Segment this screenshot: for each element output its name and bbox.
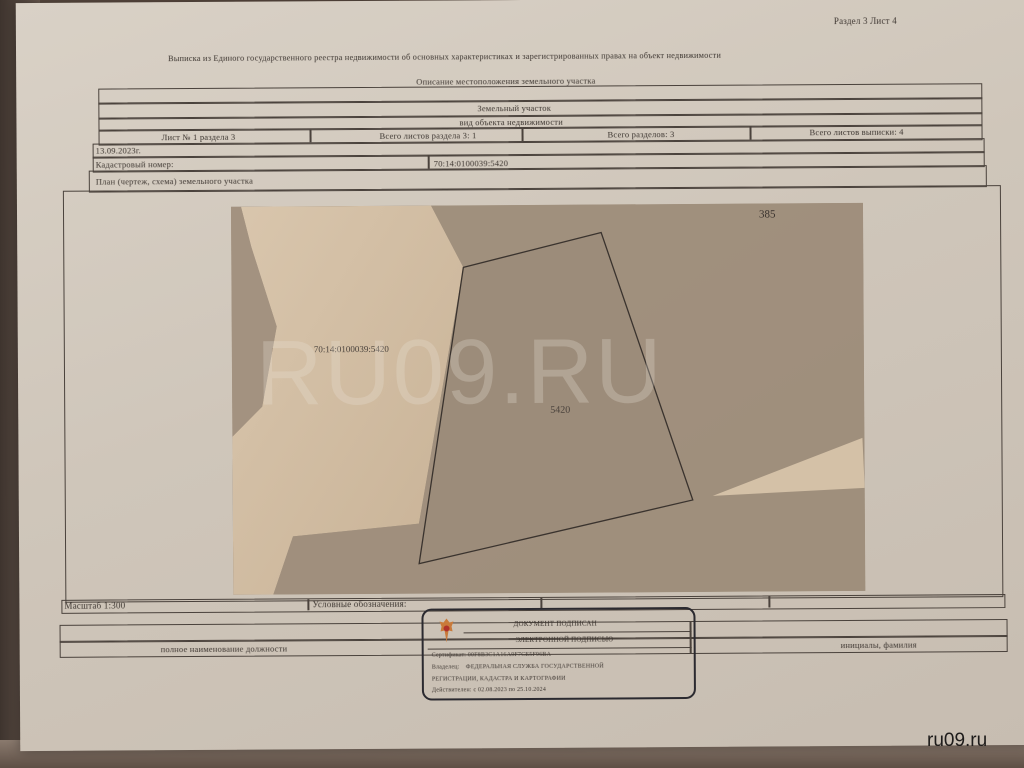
name-caption: инициалы, фамилия xyxy=(841,640,917,650)
scale-label: Масштаб 1:300 xyxy=(64,600,125,610)
object-type: Земельный участок xyxy=(477,103,551,113)
site-watermark: ru09.ru xyxy=(927,730,987,752)
extract-date: 13.09.2023г. xyxy=(96,145,141,155)
document-title: Выписка из Единого государственного реес… xyxy=(168,51,721,63)
section-sheet-label: Раздел 3 Лист 4 xyxy=(834,16,897,26)
total-sections: Всего разделов: 3 xyxy=(608,129,675,139)
map-label-top-right: 385 xyxy=(759,208,776,220)
stamp-owner-label: Владелец: xyxy=(432,664,460,670)
position-caption: полное наименование должности xyxy=(161,643,288,654)
stamp-line-2: ЭЛЕКТРОННОЙ ПОДПИСЬЮ xyxy=(516,635,614,644)
sheet-number: Лист № 1 раздела 3 xyxy=(162,132,236,142)
total-sheets-section: Всего листов раздела 3: 1 xyxy=(380,130,477,141)
stamp-validity: Действителен: с 02.08.2023 по 25.10.2024 xyxy=(432,687,546,694)
stamp-owner-line-2: РЕГИСТРАЦИИ, КАДАСТРА И КАРТОГРАФИИ xyxy=(432,676,566,683)
electronic-signature-stamp: ДОКУМЕНТ ПОДПИСАН ЭЛЕКТРОННОЙ ПОДПИСЬЮ С… xyxy=(421,607,696,701)
document-sheet: Раздел 3 Лист 4 Выписка из Единого госуд… xyxy=(16,0,1024,751)
stamp-line-1: ДОКУМЕНТ ПОДПИСАН xyxy=(514,620,597,629)
plan-label: План (чертеж, схема) земельного участка xyxy=(96,176,253,187)
coat-of-arms-icon xyxy=(437,616,455,644)
legend-label: Условные обозначения: xyxy=(312,599,406,610)
cadastral-number: 70:14:0100039:5420 xyxy=(434,158,508,168)
stamp-certificate: Сертификат: 00F8B3C1A16A9F7CE5F96BA xyxy=(432,652,551,659)
stamp-owner-line-1: ФЕДЕРАЛЬНАЯ СЛУЖБА ГОСУДАРСТВЕННОЙ xyxy=(466,664,604,671)
watermark-overlay: RU09.RU xyxy=(256,319,664,426)
cadastral-label: Кадастровый номер: xyxy=(96,159,174,169)
object-type-caption: вид объекта недвижимости xyxy=(459,117,563,128)
total-sheets-extract: Всего листов выписки: 4 xyxy=(809,127,903,138)
